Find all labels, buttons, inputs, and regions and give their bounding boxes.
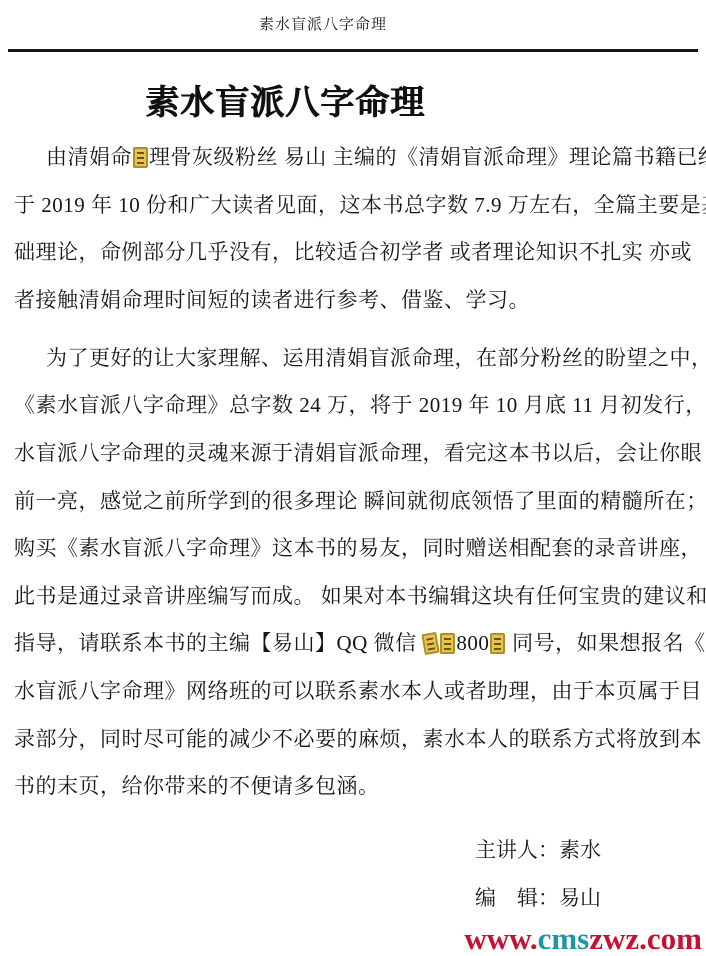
paragraph-line: 此书是通过录音讲座编写而成。 如果对本书编辑这块有任何宝贵的建议和 [14,573,660,621]
paragraph-line: 水盲派八字命理》网络班的可以联系素水本人或者助理，由于本页属于目 [14,668,660,716]
paragraph-line: 指导，请联系本书的主编【易山】QQ 微信 800 同号，如果想报名《素 [14,620,660,668]
contact-number-fragment: 800 [456,631,489,655]
paragraph-line: 前一亮，感觉之前所学到的很多理论 瞬间就彻底领悟了里面的精髓所在； [14,478,660,526]
lecturer-credit: 主讲人：素水 [475,839,706,861]
document-icon [490,633,505,654]
line-text: 同号，如果想报名《素 [506,631,706,655]
line-text: 理骨灰级粉丝 易山 主编的《清娟盲派命理》理论篇书籍已经 [149,145,706,169]
paragraph-line: 者接触清娟命理时间短的读者进行参考、借鉴、学习。 [14,277,660,325]
document-icon [440,633,455,654]
document-page: 素水盲派八字命理 素水盲派八字命理 由清娟命理骨灰级粉丝 易山 主编的《清娟盲派… [0,0,706,956]
paragraph-line: 于 2019 年 10 份和广大读者见面，这本书总字数 7.9 万左右，全篇主要… [14,182,660,230]
line-text: 由清娟命 [46,145,132,169]
paragraph-line: 录部分，同时尽可能的减少不必要的麻烦，素水本人的联系方式将放到本 [14,716,660,764]
header-rule [8,49,698,52]
line-text: 指导，请联系本书的主编【易山】QQ 微信 [14,631,422,655]
watermark-segment: cms [538,921,590,956]
paragraph-line: 《素水盲派八字命理》总字数 24 万，将于 2019 年 10 月底 11 月初… [14,382,660,430]
paragraph-line: 础理论，命例部分几乎没有，比较适合初学者 或者理论知识不扎实 亦或 [14,229,660,277]
document-icon [422,632,440,655]
running-header: 素水盲派八字命理 [0,0,676,34]
watermark-segment: www. [464,921,537,956]
paragraph-line: 书的末页，给你带来的不便请多包涵。 [14,763,660,811]
editor-credit: 编 辑：易山 [475,887,706,909]
page-title: 素水盲派八字命理 [145,79,706,127]
paragraph-line: 为了更好的让大家理解、运用清娟盲派命理，在部分粉丝的盼望之中， [14,335,660,383]
site-watermark: www.cmszwz.com [464,923,702,954]
body-text: 由清娟命理骨灰级粉丝 易山 主编的《清娟盲派命理》理论篇书籍已经 于 2019 … [14,134,660,811]
document-icon [133,147,148,168]
paragraph-line: 购买《素水盲派八字命理》这本书的易友，同时赠送相配套的录音讲座， [14,525,660,573]
credits-block: 主讲人：素水 编 辑：易山 [475,839,706,909]
paragraph-line: 水盲派八字命理的灵魂来源于清娟盲派命理，看完这本书以后，会让你眼 [14,430,660,478]
paragraph-line: 由清娟命理骨灰级粉丝 易山 主编的《清娟盲派命理》理论篇书籍已经 [14,134,660,182]
watermark-segment: zwz.com [589,921,702,956]
